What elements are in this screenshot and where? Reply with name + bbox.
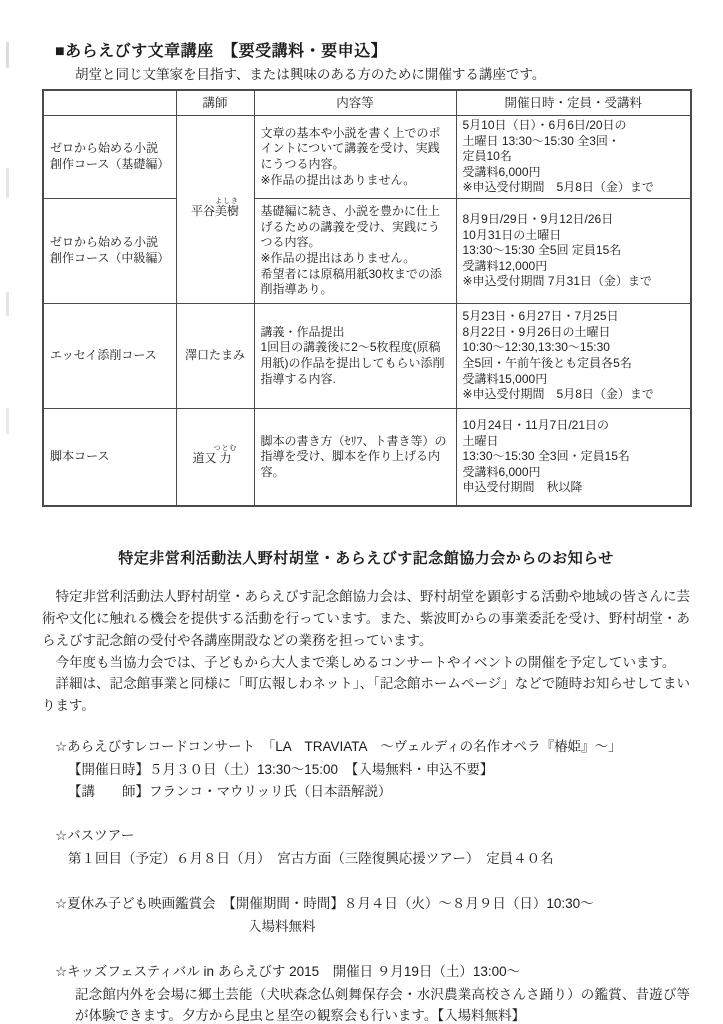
table-row: ゼロから始める小説 創作コース（基礎編） 平谷美樹よしき 文章の基本や小説を書く… — [43, 116, 691, 199]
event-record-concert: ☆あらえびすレコードコンサート 「LA TRAVIATA ～ヴェルディの名作オペ… — [42, 735, 690, 802]
event-detail: 【講 師】フランコ・マウリッリ氏（日本語解説） — [68, 781, 690, 803]
announcement-paragraphs: 特定非営利活動法人野村胡堂・あらえびす記念館協力会は、野村胡堂を顕彰する活動や地… — [42, 586, 690, 717]
course-name: ゼロから始める小説 創作コース（中級編） — [43, 198, 176, 303]
course-schedule: 5月10日（日）・6月6日/20日の 土曜日 13:30～15:30 全3回・ … — [456, 116, 691, 199]
course-schedule: 10月24日・11月7日/21日の 土曜日 13:30～15:30 全3回・定員… — [456, 408, 691, 506]
page-subtitle: 胡堂と同じ文筆家を目指す、または興味のある方のために開催する講座です。 — [75, 63, 690, 83]
event-bus-tour: ☆バスツアー 第１回目（予定）６月８日（月） 宮古方面（三陸復興応援ツアー） 定… — [42, 824, 690, 870]
course-content: 脚本の書き方（ｾﾘﾌ、ト書き等）の指導を受け、脚本を作り上げる内容。 — [254, 408, 456, 506]
event-detail: 第１回目（予定）６月８日（月） 宮古方面（三陸復興応援ツアー） 定員４０名 — [68, 848, 690, 870]
scan-artifact — [6, 408, 9, 434]
scan-artifact — [6, 292, 9, 316]
announcement-heading: 特定非営利活動法人野村胡堂・あらえびす記念館協力会からのお知らせ — [42, 547, 690, 568]
instructor-name: 澤口たまみ — [176, 303, 254, 408]
course-content: 文章の基本や小説を書く上でのポイントについて講義を受け、実践にうつる内容。 ※作… — [254, 116, 456, 199]
course-name: エッセイ添削コース — [43, 303, 176, 408]
instructor-given-ruby: 美樹よしき — [215, 204, 239, 218]
instructor-furigana: つとむ — [214, 445, 238, 452]
header-schedule: 開催日時・定員・受講料 — [456, 90, 691, 116]
table-row: ゼロから始める小説 創作コース（中級編） 基礎編に続き、小説を豊かに仕上げるため… — [43, 198, 691, 303]
scan-artifact — [6, 168, 9, 198]
announcement-paragraph: 今年度も当協力会では、子どもから大人まで楽しめるコンサートやイベントの開催を予定… — [42, 652, 690, 674]
course-content: 基礎編に続き、小説を豊かに仕上げるための講義を受け、実践にうつる内容。 ※作品の… — [254, 198, 456, 303]
document-page: ■あらえびす文章講座 【要受講料・要申込】 胡堂と同じ文筆家を目指す、または興味… — [0, 0, 723, 1024]
event-detail: 記念館内外を会場に郷土芸能（犬吠森念仏剣舞保存会・水沢農業高校さんさ踊り）の鑑賞… — [75, 984, 690, 1024]
event-kids-movie: ☆夏休み子ども映画鑑賞会 【開催期間・時間】８月４日（火）～８月９日（日）10:… — [42, 892, 690, 938]
page-title: ■あらえびす文章講座 【要受講料・要申込】 — [55, 38, 690, 61]
course-name: ゼロから始める小説 創作コース（基礎編） — [43, 116, 176, 199]
announcement-paragraph: 特定非営利活動法人野村胡堂・あらえびす記念館協力会は、野村胡堂を顕彰する活動や地… — [42, 586, 690, 652]
course-schedule: 8月9日/29日・9月12日/26日 10月31日の土曜日 13:30～15:3… — [456, 198, 691, 303]
event-title: ☆キッズフェスティバル in あらえびす 2015 開催日 ９月19日（土）13… — [55, 960, 690, 980]
course-table: 講師 内容等 開催日時・定員・受講料 ゼロから始める小説 創作コース（基礎編） … — [42, 89, 692, 507]
scan-artifact — [6, 42, 9, 68]
header-course — [43, 90, 176, 116]
course-schedule: 5月23日・6月27日・7月25日 8月22日・9月26日の土曜日 10:30～… — [456, 303, 691, 408]
instructor-name: 道又力つとむ — [176, 408, 254, 506]
header-instructor: 講師 — [176, 90, 254, 116]
instructor-furigana: よしき — [215, 198, 239, 205]
instructor-given: 力 — [214, 451, 238, 465]
instructor-given: 美樹 — [215, 204, 239, 218]
announcement-paragraph: 詳細は、記念館事業と同様に「町広報しわネット」、「記念館ホームページ」などで随時… — [42, 673, 690, 717]
instructor-family: 平谷 — [191, 204, 215, 218]
table-header-row: 講師 内容等 開催日時・定員・受講料 — [43, 90, 691, 116]
table-row: 脚本コース 道又力つとむ 脚本の書き方（ｾﾘﾌ、ト書き等）の指導を受け、脚本を作… — [43, 408, 691, 506]
instructor-name: 平谷美樹よしき — [176, 116, 254, 304]
event-title: ☆あらえびすレコードコンサート 「LA TRAVIATA ～ヴェルディの名作オペ… — [55, 735, 690, 755]
event-kids-festival: ☆キッズフェスティバル in あらえびす 2015 開催日 ９月19日（土）13… — [42, 960, 690, 1024]
page-content: ■あらえびす文章講座 【要受講料・要申込】 胡堂と同じ文筆家を目指す、または興味… — [0, 0, 723, 1024]
course-content: 講義・作品提出 1回目の講義後に2～5枚程度(原稿用紙)の作品を提出してもらい添… — [254, 303, 456, 408]
course-name: 脚本コース — [43, 408, 176, 506]
instructor-given-ruby: 力つとむ — [217, 451, 238, 465]
event-title: ☆夏休み子ども映画鑑賞会 【開催期間・時間】８月４日（火）～８月９日（日）10:… — [55, 892, 690, 912]
event-list: ☆あらえびすレコードコンサート 「LA TRAVIATA ～ヴェルディの名作オペ… — [42, 735, 690, 1024]
event-title: ☆バスツアー — [55, 824, 690, 844]
event-detail: 入場料無料 — [248, 916, 690, 938]
event-detail: 【開催日時】５月３０日（土）13:30～15:00 【入場無料・申込不要】 — [68, 759, 690, 781]
table-row: エッセイ添削コース 澤口たまみ 講義・作品提出 1回目の講義後に2～5枚程度(原… — [43, 303, 691, 408]
header-content: 内容等 — [254, 90, 456, 116]
